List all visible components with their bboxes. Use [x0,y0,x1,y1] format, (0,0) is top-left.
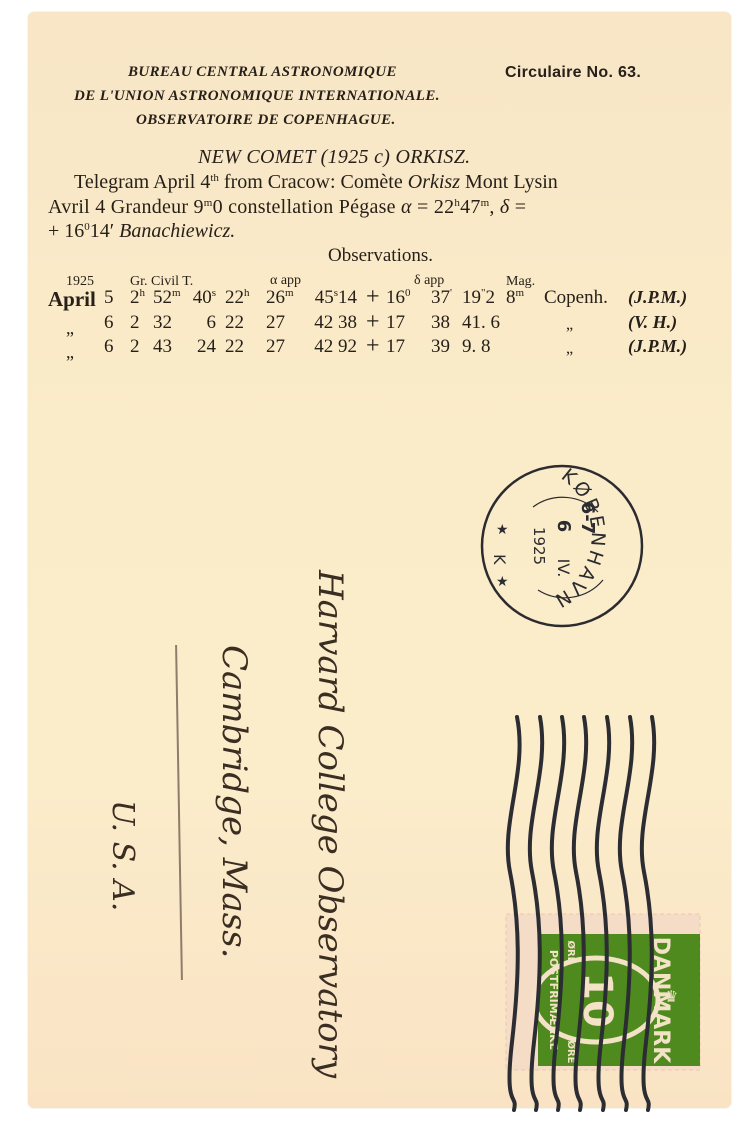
cell-a-h: 22 [225,312,244,334]
cell-d-s: 41. 6 [462,312,500,334]
cell-day: 6 [104,336,114,358]
star-icon: ★ [496,522,509,538]
cell-d-m: 39 [431,336,450,358]
cell-d-m: 38 [431,312,450,334]
comet-title: NEW COMET (1925 c) ORKISZ. [198,146,470,169]
cell-a-m: 27 [266,312,285,334]
cell-a-m: 27 [266,336,285,358]
cell-t-h: 2h [130,287,145,309]
cell-month: „ [66,342,74,363]
cell-t-s: 6 [207,312,217,334]
cell-a-s: 42 92 [314,336,357,358]
cell-d-sign: + [366,333,380,360]
telegram-text: Telegram April 4 [74,171,210,193]
telegram-text: Mont Lysin [460,171,558,193]
cell-observer: (J.P.M.) [628,336,687,357]
telegram-line-2: Avril 4 Grandeur 9m0 constellation Pégas… [48,196,526,219]
svg-text:KØBENHAVN: KØBENHAVN [549,464,609,612]
circular-number: Circulaire No. 63. [505,64,641,82]
cell-place: „ [566,340,573,358]
cell-mag: 8m [506,287,524,309]
cell-a-s: 42 38 [314,312,357,334]
star-icon: ★ [496,574,509,590]
telegram-text: + 16 [48,220,84,242]
cell-place: Copenh. [544,287,608,309]
cell-d-m: 37' [431,287,452,309]
cell-a-h: 22 [225,336,244,358]
cell-a-m: 26m [266,287,294,309]
cell-t-m: 32 [153,312,172,334]
cell-a-h: 22h [225,287,250,309]
postmark-month: IV. [554,559,573,578]
cell-a-s: 45s14 [315,287,357,309]
cell-month: „ [66,318,74,339]
cell-day: 6 [104,312,114,334]
cell-t-s: 40s [193,287,216,309]
telegram-text: = 22 [412,196,455,218]
cell-d-sign: + [366,284,380,311]
cell-d-s: 19"2 [462,287,495,309]
comet-name: Orkisz [408,171,460,193]
observer-name: Banachiewicz. [119,220,235,242]
cell-d-d: 160 [386,287,411,309]
cell-d-sign: + [366,309,380,336]
cell-d-s: 9. 8 [462,336,491,358]
telegram-text: 14′ [90,220,119,242]
postmark-city: KØBENHAVN [549,464,609,612]
telegram-text: 47 [460,196,481,218]
cell-t-s: 24 [197,336,216,358]
cell-day: 5 [104,287,114,309]
bureau-title: BUREAU CENTRAL ASTRONOMIQUE [128,64,397,81]
cell-t-m: 52m [153,287,181,309]
telegram-text: = [509,196,526,218]
telegram-line-1: Telegram April 4th from Cracow: Comète O… [74,171,558,194]
telegram-text: , [489,196,500,218]
alpha-symbol: α [401,196,412,218]
cancellation-lines-icon [500,712,670,1112]
telegram-text: from Cracow: Comète [219,171,408,193]
delta-symbol: δ [500,196,510,218]
superscript: th [210,172,219,184]
cell-observer: (J.P.M.) [628,287,687,308]
union-title: DE L'UNION ASTRONOMIQUE INTERNATIONALE. [74,88,440,105]
cell-observer: (V. H.) [628,312,677,333]
superscript: m [204,197,213,209]
cell-t-h: 2 [130,336,140,358]
telegram-text: 0 constellation Pégase [213,196,401,218]
postmark-year: 1925 [530,527,548,565]
address-line-1: Harvard College Observatory [310,570,350,1078]
postmark-time: 6-7 [577,502,598,535]
postmark-icon: KØBENHAVN 6-7 6 IV. 1925 K ★ ★ [478,462,646,630]
cell-t-m: 43 [153,336,172,358]
postmark-day: 6 [553,520,574,533]
cell-d-d: 17 [386,336,405,358]
observatory-title: OBSERVATOIRE DE COPENHAGUE. [136,112,396,129]
telegram-line-3: + 16014′ Banachiewicz. [48,220,235,243]
cell-t-h: 2 [130,312,140,334]
cell-place: „ [566,316,573,334]
cell-d-d: 17 [386,312,405,334]
observations-heading: Observations. [328,245,433,267]
telegram-text: Avril 4 Grandeur 9 [48,196,204,218]
cell-month: April [48,287,96,312]
address-line-3: U. S. A. [105,800,140,911]
address-line-2: Cambridge, Mass. [214,645,254,958]
postmark-suffix: K [490,554,509,565]
